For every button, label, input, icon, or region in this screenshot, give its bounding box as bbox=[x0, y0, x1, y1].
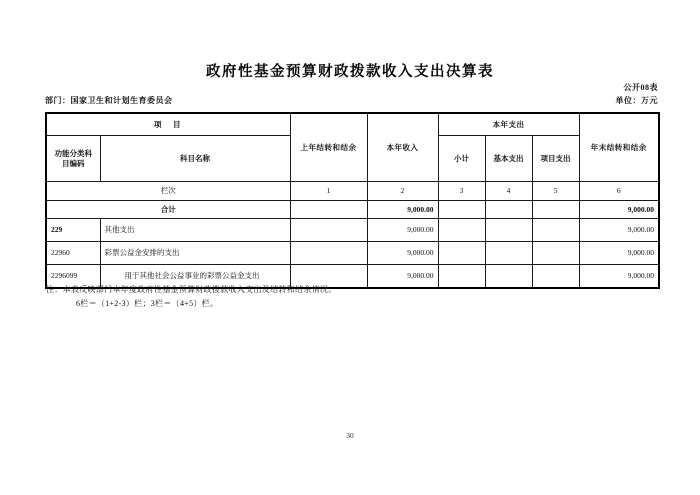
row-code: 22960 bbox=[46, 242, 100, 265]
header-subject-name: 科目名称 bbox=[100, 136, 290, 182]
department-label: 部门：国家卫生和计划生育委员会 bbox=[45, 95, 173, 106]
page-number: 30 bbox=[0, 431, 700, 440]
table-code-label: 公开08表 bbox=[624, 82, 659, 93]
table-row: 229 其他支出 9,000.00 9,000.00 bbox=[46, 219, 659, 242]
column-index-2: 2 bbox=[367, 182, 438, 201]
row-subject-name: 其他支出 bbox=[100, 219, 290, 242]
column-index-6: 6 bbox=[579, 182, 659, 201]
footnote-line: 6栏＝（1+2-3）栏；3栏＝（4+5）栏。 bbox=[46, 298, 659, 309]
budget-table: 项 目 上年结转和结余 本年收入 本年支出 年末结转和结余 功能分类科目编码 科… bbox=[45, 112, 660, 289]
row-subject-name: 彩票公益金安排的支出 bbox=[100, 242, 290, 265]
row-project-expenditure bbox=[532, 219, 579, 242]
column-index-3: 3 bbox=[438, 182, 485, 201]
total-current-income: 9,000.00 bbox=[367, 201, 438, 219]
total-basic-expenditure bbox=[485, 201, 532, 219]
table-row: 22960 彩票公益金安排的支出 9,000.00 9,000.00 bbox=[46, 242, 659, 265]
row-basic-expenditure bbox=[485, 219, 532, 242]
meta-row: 部门：国家卫生和计划生育委员会 单位：万元 bbox=[45, 95, 658, 106]
unit-label: 单位：万元 bbox=[616, 95, 659, 106]
column-index-1: 1 bbox=[290, 182, 367, 201]
row-basic-expenditure bbox=[485, 242, 532, 265]
row-prev-carryover bbox=[290, 242, 367, 265]
column-index-row: 栏次 1 2 3 4 5 6 bbox=[46, 182, 659, 201]
total-subtotal bbox=[438, 201, 485, 219]
row-yearend-carryover: 9,000.00 bbox=[579, 242, 659, 265]
table-header-row-1: 项 目 上年结转和结余 本年收入 本年支出 年末结转和结余 bbox=[46, 113, 659, 136]
column-index-label: 栏次 bbox=[46, 182, 290, 201]
header-function-code: 功能分类科目编码 bbox=[46, 136, 100, 182]
row-subtotal bbox=[438, 219, 485, 242]
header-current-expenditure-group: 本年支出 bbox=[438, 113, 579, 136]
row-yearend-carryover: 9,000.00 bbox=[579, 219, 659, 242]
row-project-expenditure bbox=[532, 242, 579, 265]
column-index-5: 5 bbox=[532, 182, 579, 201]
header-project-expenditure: 项目支出 bbox=[532, 136, 579, 182]
header-item-group: 项 目 bbox=[46, 113, 290, 136]
total-prev-carryover bbox=[290, 201, 367, 219]
footnote-line: 注：本表反映部门本年度政府性基金预算财政拨款收入支出及结转和结余情况。 bbox=[46, 284, 659, 295]
document-page: 政府性基金预算财政拨款收入支出决算表 公开08表 部门：国家卫生和计划生育委员会… bbox=[0, 0, 700, 495]
header-prev-carryover: 上年结转和结余 bbox=[290, 113, 367, 182]
total-row: 合计 9,000.00 9,000.00 bbox=[46, 201, 659, 219]
header-subtotal: 小计 bbox=[438, 136, 485, 182]
header-current-income: 本年收入 bbox=[367, 113, 438, 182]
total-label: 合计 bbox=[46, 201, 290, 219]
footnotes: 注：本表反映部门本年度政府性基金预算财政拨款收入支出及结转和结余情况。 6栏＝（… bbox=[46, 284, 659, 309]
total-project-expenditure bbox=[532, 201, 579, 219]
row-code: 229 bbox=[46, 219, 100, 242]
total-yearend-carryover: 9,000.00 bbox=[579, 201, 659, 219]
header-yearend-carryover: 年末结转和结余 bbox=[579, 113, 659, 182]
header-basic-expenditure: 基本支出 bbox=[485, 136, 532, 182]
row-current-income: 9,000.00 bbox=[367, 219, 438, 242]
column-index-4: 4 bbox=[485, 182, 532, 201]
row-prev-carryover bbox=[290, 219, 367, 242]
row-subtotal bbox=[438, 242, 485, 265]
page-title: 政府性基金预算财政拨款收入支出决算表 bbox=[0, 60, 700, 81]
row-current-income: 9,000.00 bbox=[367, 242, 438, 265]
